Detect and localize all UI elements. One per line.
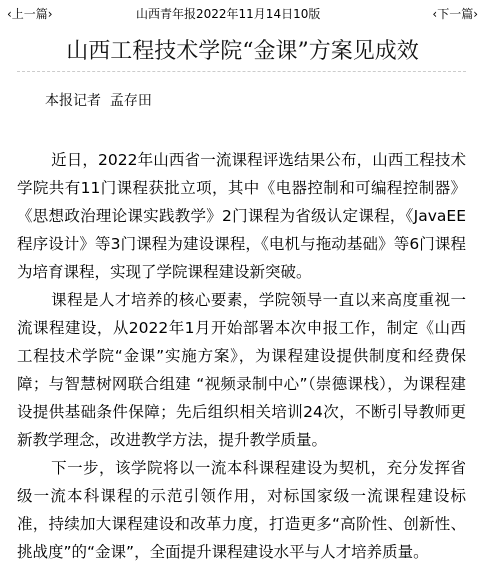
title-divider xyxy=(17,71,466,72)
article-title: 山西工程技术学院“金课”方案见成效 xyxy=(0,38,485,66)
article-nav-bar: ‹上一篇› 山西青年报2022年11月14日10版 ‹下一篇› xyxy=(0,6,485,22)
newspaper-edition-label: 山西青年报2022年11月14日10版 xyxy=(136,6,320,22)
article-paragraph: 近日，2022年山西省一流课程评选结果公布，山西工程技术学院共有11门课程获批立… xyxy=(17,146,466,286)
article-paragraph: 课程是人才培养的核心要素，学院领导一直以来高度重视一流课程建设，从2022年1月… xyxy=(17,286,466,454)
article-body: 近日，2022年山西省一流课程评选结果公布，山西工程技术学院共有11门课程获批立… xyxy=(17,146,466,566)
previous-article-link[interactable]: ‹上一篇› xyxy=(7,6,53,22)
article-paragraph: 下一步，该学院将以一流本科课程建设为契机，充分发挥省级一流本科课程的示范引领作用… xyxy=(17,454,466,566)
article-byline: 本报记者 孟存田 xyxy=(45,91,152,111)
next-article-link[interactable]: ‹下一篇› xyxy=(432,6,478,22)
